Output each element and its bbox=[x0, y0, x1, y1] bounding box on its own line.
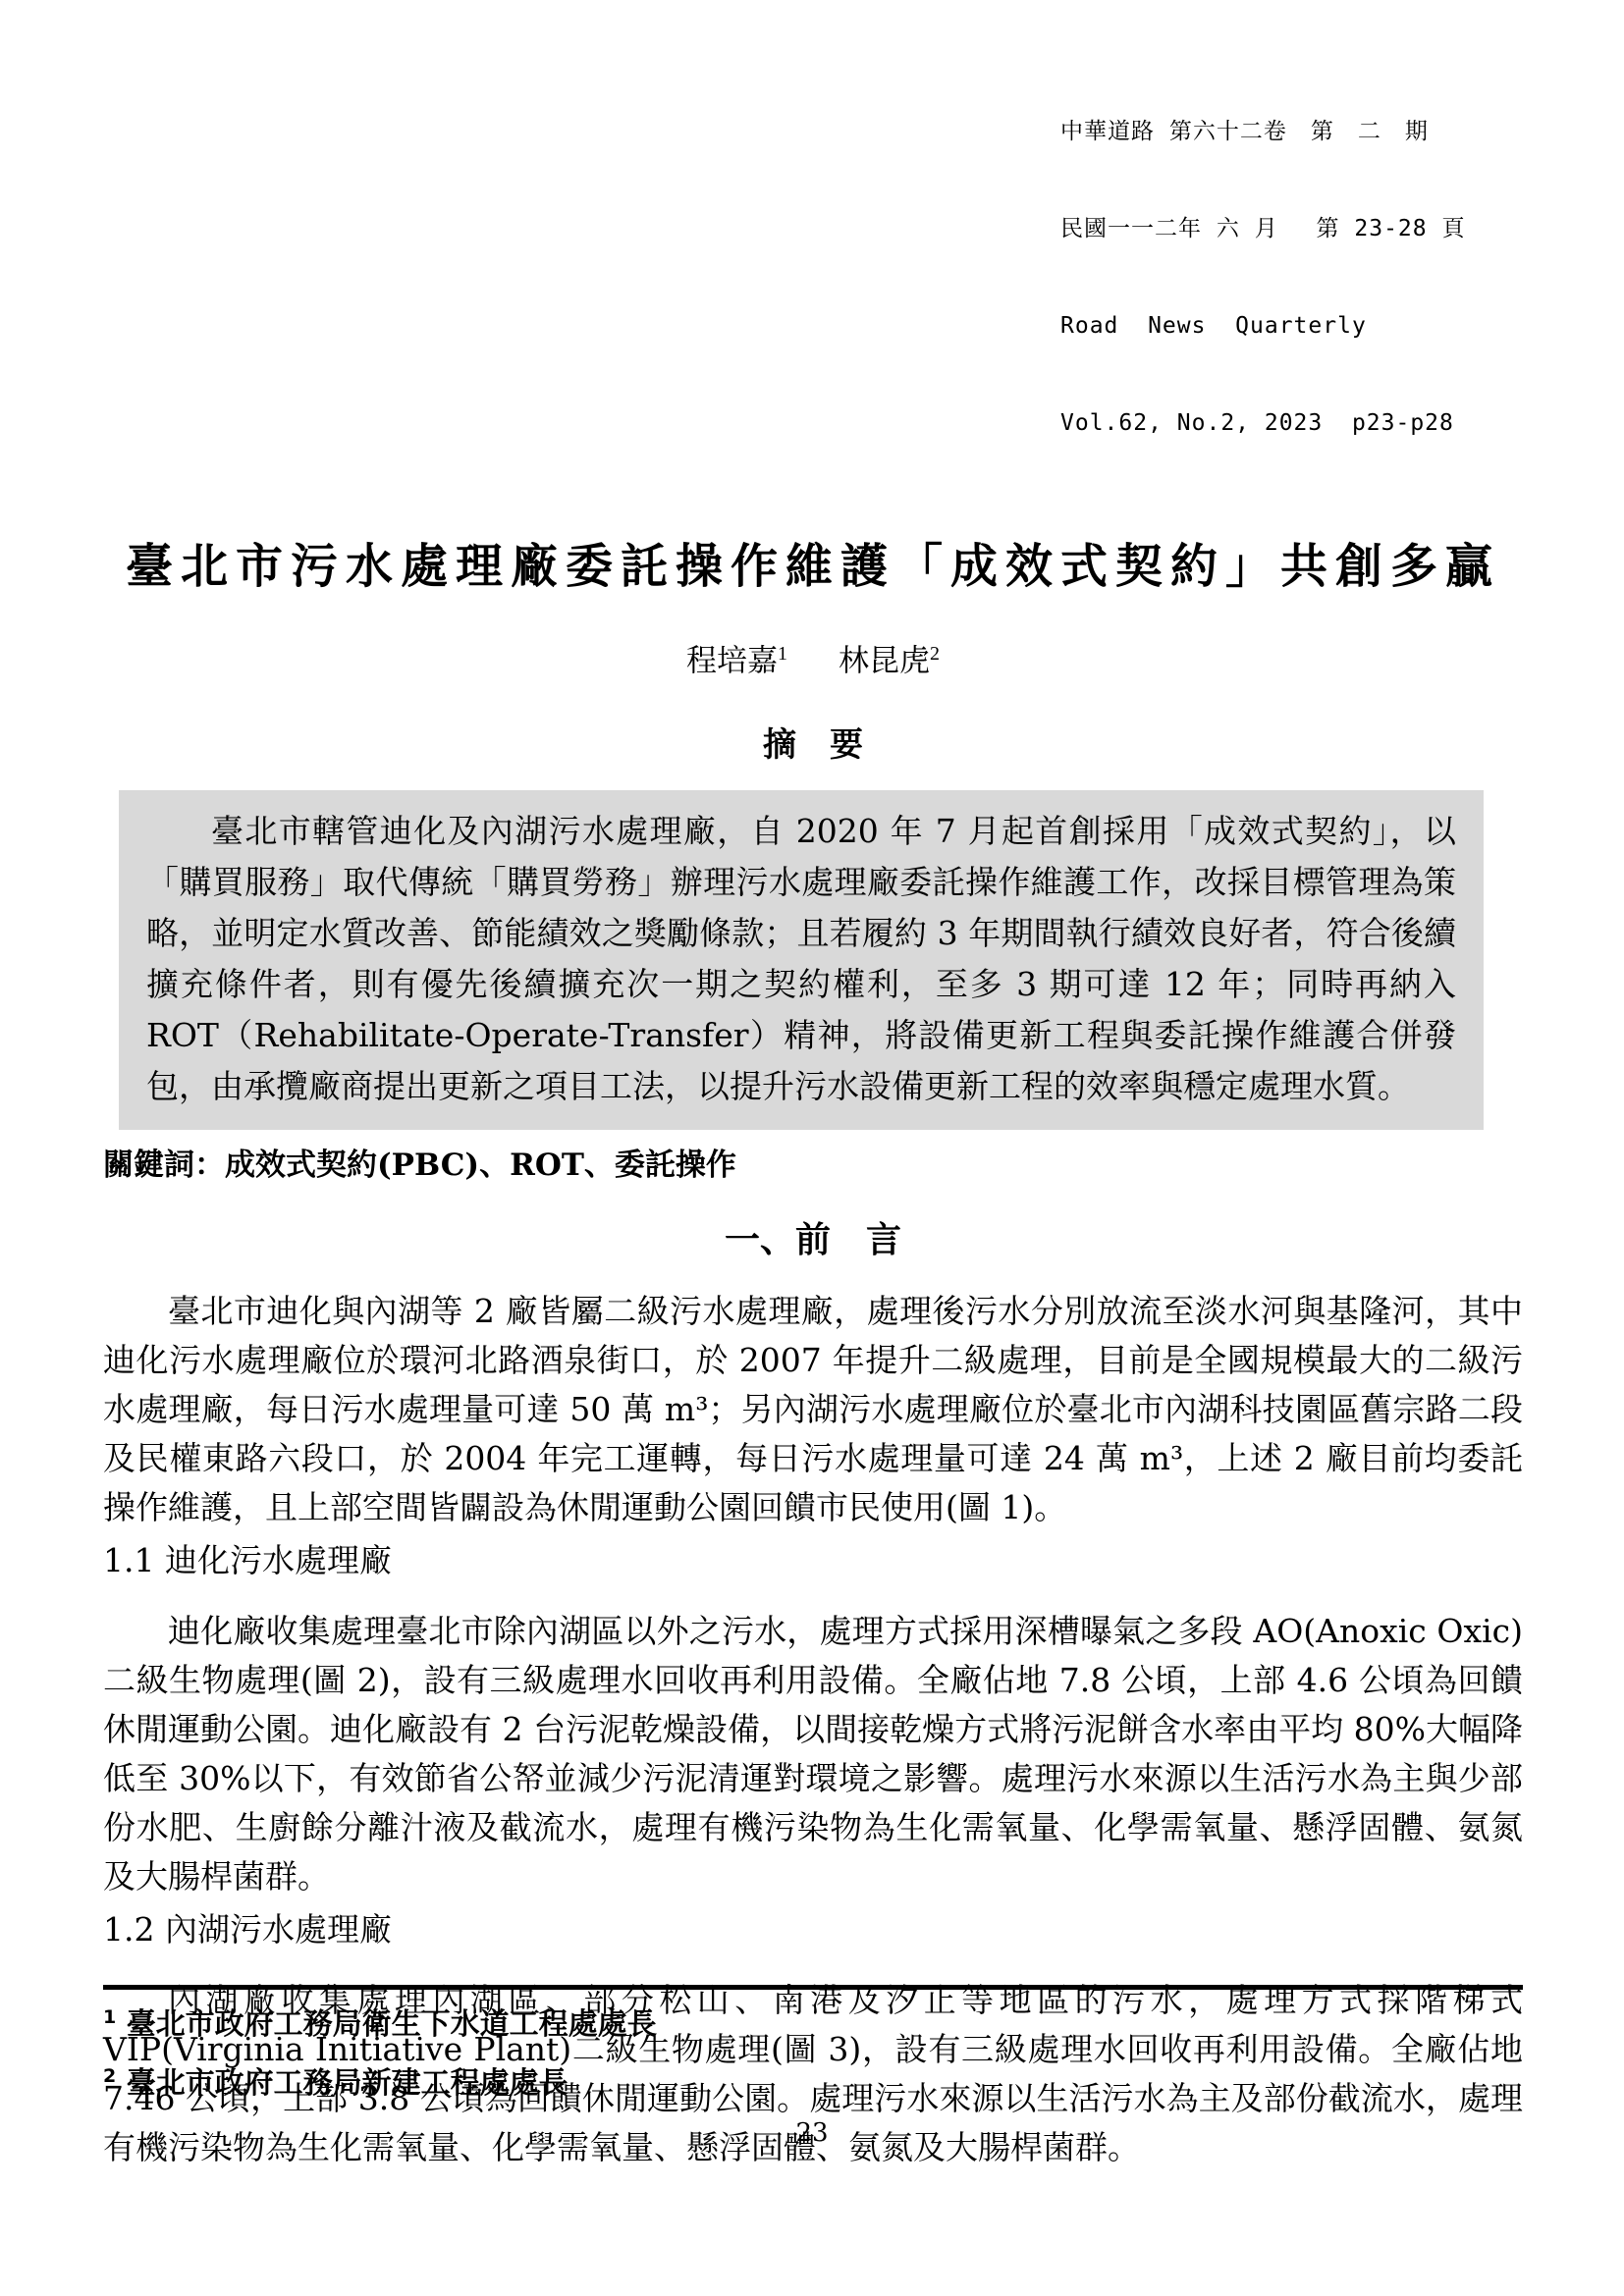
footnote-area: 1 臺北市政府工務局衛生下水道工程處處長 2 臺北市政府工務局新建工程處處長 bbox=[103, 1985, 1523, 2108]
author-1-affiliation-ref: 1 bbox=[778, 643, 787, 665]
content-column: 中華道路 第六十二卷 第 二 期 民國一一二年 六 月 第 23-28 頁 Ro… bbox=[103, 0, 1523, 2172]
footnote-1-marker: 1 bbox=[103, 2006, 116, 2028]
footnote-1-text: 臺北市政府工務局衛生下水道工程處處長 bbox=[127, 2007, 657, 2042]
footnote-separator-rule bbox=[103, 1985, 1523, 1990]
subsection-heading-neihu-plant: 1.2 內湖污水處理廠 bbox=[103, 1905, 1523, 1954]
footnote-1: 1 臺北市政府工務局衛生下水道工程處處長 bbox=[103, 1994, 1523, 2049]
author-2-name: 林昆虎 bbox=[839, 643, 930, 678]
author-1-name: 程培嘉 bbox=[686, 643, 778, 678]
abstract-box: 臺北市轄管迪化及內湖污水處理廠，自 2020 年 7 月起首創採用「成效式契約」… bbox=[119, 790, 1484, 1130]
footnote-2: 2 臺北市政府工務局新建工程處處長 bbox=[103, 2053, 1523, 2108]
keywords-line: 關鍵詞：成效式契約(PBC)、ROT、委託操作 bbox=[103, 1144, 1523, 1187]
footnote-2-marker: 2 bbox=[103, 2065, 116, 2087]
intro-paragraph: 臺北市迪化與內湖等 2 廠皆屬二級污水處理廠，處理後污水分別放流至淡水河與基隆河… bbox=[103, 1287, 1523, 1532]
footnote-2-text: 臺北市政府工務局新建工程處處長 bbox=[127, 2066, 568, 2101]
document-page: 中華道路 第六十二卷 第 二 期 民國一一二年 六 月 第 23-28 頁 Ro… bbox=[0, 0, 1624, 2296]
abstract-heading: 摘 要 bbox=[103, 723, 1523, 767]
section-heading-introduction: 一、前 言 bbox=[103, 1216, 1523, 1265]
journal-header-line-3: Road News Quarterly bbox=[1060, 310, 1523, 343]
subsection-heading-dihua-plant: 1.1 迪化污水處理廠 bbox=[103, 1536, 1523, 1585]
page-number: 23 bbox=[0, 2118, 1624, 2148]
authors-line: 程培嘉1林昆虎2 bbox=[103, 634, 1523, 680]
journal-header-line-4: Vol.62, No.2, 2023 p23-p28 bbox=[1060, 407, 1523, 440]
abstract-text: 臺北市轄管迪化及內湖污水處理廠，自 2020 年 7 月起首創採用「成效式契約」… bbox=[146, 806, 1456, 1112]
journal-header-line-2: 民國一一二年 六 月 第 23-28 頁 bbox=[1060, 213, 1523, 245]
journal-header-line-1: 中華道路 第六十二卷 第 二 期 bbox=[1060, 116, 1523, 148]
paper-title: 臺北市污水處理廠委託操作維護「成效式契約」共創多贏 bbox=[103, 536, 1523, 597]
dihua-plant-paragraph: 迪化廠收集處理臺北市除內湖區以外之污水，處理方式採用深槽曝氣之多段 AO(Ano… bbox=[103, 1607, 1523, 1901]
journal-header: 中華道路 第六十二卷 第 二 期 民國一一二年 六 月 第 23-28 頁 Ro… bbox=[1060, 51, 1523, 505]
author-2-affiliation-ref: 2 bbox=[930, 643, 940, 665]
